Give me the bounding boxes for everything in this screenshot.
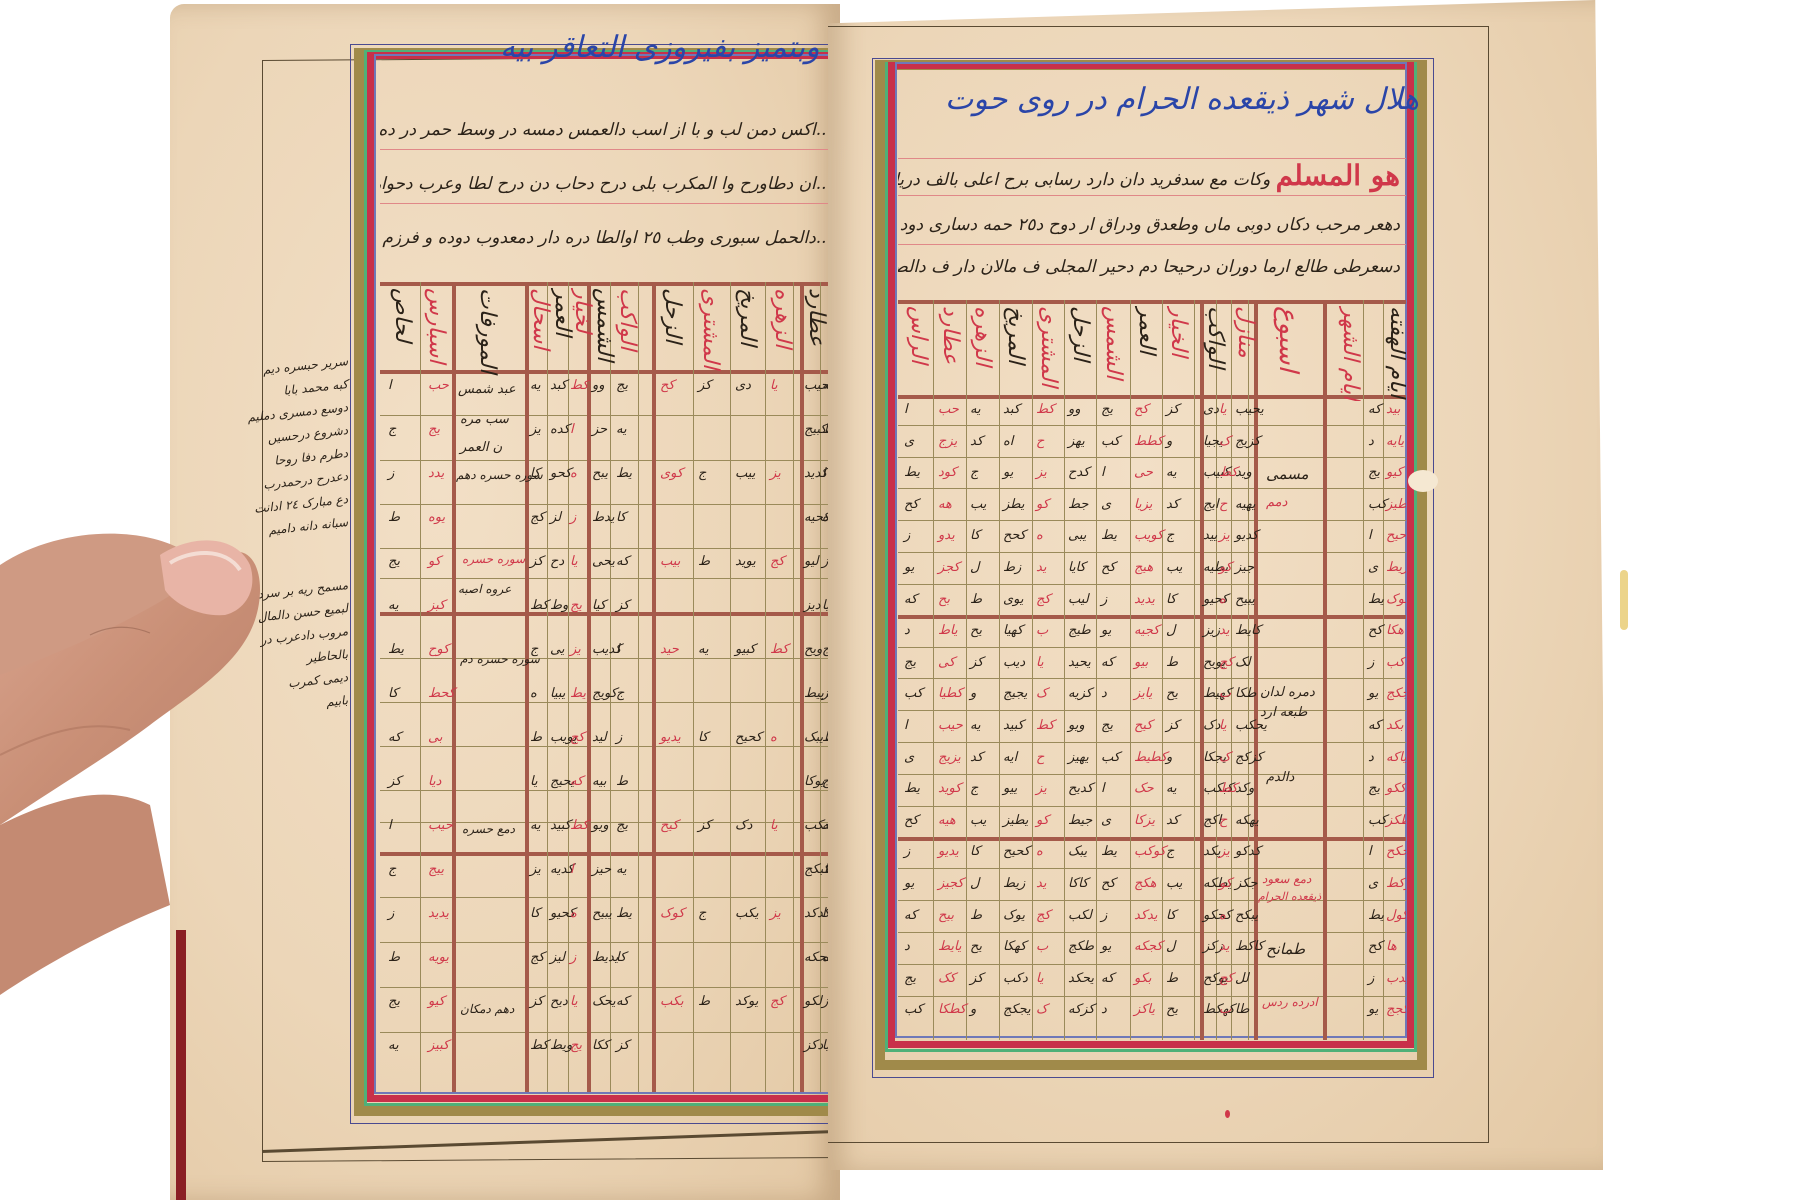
table-cell: یح xyxy=(970,939,982,954)
table-cell: یز xyxy=(1219,528,1230,543)
table-cell: که xyxy=(616,994,629,1009)
table-cell: یزکا xyxy=(1134,813,1155,828)
table-cell: زط xyxy=(1003,560,1021,575)
table-cell: یب xyxy=(970,497,986,512)
column-header: اسبوع xyxy=(1273,306,1303,401)
table-cell: یطیز xyxy=(1003,813,1028,828)
table-cell: دیب xyxy=(1003,655,1025,670)
table-cell: یج xyxy=(570,1038,582,1053)
table-cell: کزیج xyxy=(1235,434,1260,449)
table-cell: ط xyxy=(388,510,400,525)
table-cell: ب xyxy=(1219,1002,1231,1017)
table-cell: ط xyxy=(616,774,628,789)
table-cell: کح xyxy=(1101,560,1116,575)
table-cell: یبک xyxy=(804,730,823,745)
table-cell: هه xyxy=(938,497,952,512)
table-cell: ز xyxy=(904,528,910,543)
table-cell: کز xyxy=(530,994,543,1009)
table-cell: کجکج xyxy=(1386,686,1406,701)
table-cell: ید xyxy=(1219,939,1229,954)
table-cell: یجیج xyxy=(1003,686,1027,701)
table-cell: یزیج xyxy=(938,750,961,765)
table-cell: یج xyxy=(428,422,440,437)
table-cell: یو xyxy=(1101,623,1111,638)
table-cell: ج xyxy=(530,642,538,657)
table-cell: کج xyxy=(530,950,545,965)
table-cell: کح xyxy=(904,497,919,512)
table-cell: ایه xyxy=(1003,750,1017,765)
table-cell: کب xyxy=(1101,750,1120,765)
table-cell: کو xyxy=(1036,813,1049,828)
column-header: الواکب xyxy=(615,288,640,383)
table-cell: وکد xyxy=(1235,781,1254,796)
left-ephemeris-table: لحاص اسبارس المورفات اسحال العمر لخیار ا… xyxy=(380,282,838,1092)
intro-line-rubric: هو المسلم وکات مع سدفرید دان دارد رسابی … xyxy=(898,158,1406,196)
table-entry: مسمی xyxy=(1266,465,1309,483)
table-cell: کجج xyxy=(1386,1002,1406,1017)
table-cell: و xyxy=(1166,434,1172,449)
column-header: الشمس xyxy=(592,288,617,383)
table-cell: یحیب xyxy=(1235,402,1264,417)
table-cell: بکو xyxy=(1134,971,1152,986)
table-cell: ج xyxy=(698,906,706,921)
table-cell: یط xyxy=(1368,592,1384,607)
table-cell: ید xyxy=(1219,623,1229,638)
table-cell: یج xyxy=(1101,718,1113,733)
table-cell: دیح xyxy=(550,994,568,1009)
table-cell: بح xyxy=(938,592,950,607)
table-cell: یدط xyxy=(592,510,614,525)
table-cell: یوکد xyxy=(735,994,758,1009)
table-cell: کج xyxy=(770,554,785,569)
table-cell: کط xyxy=(570,818,589,833)
table-cell: هکا xyxy=(1386,623,1404,638)
table-cell: ا xyxy=(1101,465,1105,480)
intro-line: دهعر مرحب دکاں دوبی ماں وطعدق ودراق ار د… xyxy=(898,208,1406,245)
table-cell: لک xyxy=(1235,655,1251,670)
table-cell: کدیح xyxy=(1068,781,1093,796)
table-cell: یی xyxy=(550,642,564,657)
table-cell: کا xyxy=(530,466,540,481)
table-cell: ج xyxy=(1166,528,1174,543)
table-cell: یه xyxy=(970,718,981,733)
table-cell: ل xyxy=(1166,623,1175,638)
table-cell: دک xyxy=(735,818,752,833)
table-cell: کب xyxy=(1368,497,1387,512)
table-cell: ز xyxy=(1101,592,1107,607)
table-cell: یحکد xyxy=(1068,971,1094,986)
table-cell: یزیا xyxy=(1134,497,1152,512)
table-entry: دمع حسره xyxy=(462,822,515,836)
table-cell: کیح xyxy=(1134,718,1153,733)
table-cell: ه xyxy=(1219,908,1226,923)
table-cell: یز xyxy=(570,642,581,657)
table-cell: یوید xyxy=(735,554,756,569)
table-cell: ج xyxy=(698,466,706,481)
table-cell: ا xyxy=(616,642,620,657)
table-cell: ک xyxy=(1036,1002,1048,1017)
table-cell: یزیط xyxy=(1386,560,1406,575)
table-cell: کبد xyxy=(1003,402,1020,417)
table-cell: یهیه xyxy=(1235,497,1256,512)
column-header: عطارد xyxy=(938,306,963,401)
table-cell: کو xyxy=(1036,497,1049,512)
table-entry: سوره حسره دم xyxy=(460,652,540,666)
table-cell: کطیا xyxy=(938,686,963,701)
column-header: عطارد xyxy=(804,288,829,383)
table-cell: ط xyxy=(1166,971,1178,986)
table-cell: ط xyxy=(388,950,400,965)
table-cell: کط xyxy=(1036,402,1055,417)
table-cell: کز xyxy=(388,774,401,789)
table-cell: کی xyxy=(938,655,955,670)
table-cell: ج xyxy=(388,862,396,877)
table-cell: ک xyxy=(1219,750,1231,765)
table-cell: ط xyxy=(698,554,710,569)
table-cell: کحکو xyxy=(1203,908,1231,923)
table-cell: جیز xyxy=(1235,560,1254,575)
table-cell: کایط xyxy=(1235,623,1261,638)
table-cell: یحکب xyxy=(1235,718,1267,733)
table-cell: لکو xyxy=(804,994,822,1009)
table-cell: که xyxy=(388,730,401,745)
column-header: المشتری xyxy=(1036,306,1061,401)
table-cell: وو xyxy=(592,378,605,393)
table-cell: کح xyxy=(1101,876,1116,891)
table-cell: کاکط xyxy=(1235,939,1264,954)
table-cell: کدح xyxy=(1068,465,1089,480)
table-cell: کح xyxy=(1368,623,1383,638)
table-cell: یز xyxy=(1036,465,1047,480)
table-cell: بید xyxy=(1386,402,1400,417)
table-cell: کطکا xyxy=(938,1002,966,1017)
table-cell: د xyxy=(1101,686,1107,701)
table-cell: و xyxy=(970,1002,976,1017)
table-cell: کز xyxy=(970,971,983,986)
table-cell: که xyxy=(1101,655,1114,670)
table-cell: یط xyxy=(904,465,920,480)
table-cell: کد xyxy=(970,434,983,449)
table-cell: د xyxy=(1368,750,1374,765)
table-cell: کج xyxy=(570,730,585,745)
table-cell: یدب xyxy=(1386,971,1406,986)
table-cell: کد xyxy=(1166,813,1179,828)
table-cell: ککا xyxy=(592,1038,609,1053)
table-cell: کا xyxy=(698,730,708,745)
table-cell: ح xyxy=(1036,750,1044,765)
table-cell: یز xyxy=(530,862,541,877)
table-cell: یزکط xyxy=(1386,876,1406,891)
table-entry: دمره لدان xyxy=(1260,685,1315,700)
table-cell: کط xyxy=(530,598,549,613)
table-cell: کز xyxy=(970,655,983,670)
table-cell: کجکه xyxy=(1134,939,1163,954)
table-cell: ز xyxy=(570,510,576,525)
table-cell: یا xyxy=(1036,971,1044,986)
table-cell: حید xyxy=(660,642,679,657)
table-cell: ی xyxy=(1368,560,1378,575)
table-cell: کح xyxy=(1134,402,1149,417)
table-cell: بیه xyxy=(592,774,607,789)
table-cell: یج xyxy=(1368,781,1380,796)
table-cell: ح xyxy=(1219,813,1227,828)
column-header: اسبارس xyxy=(424,288,449,383)
intro-line: ...دالحمل سبوری وطب ٢٥ اوالطا دره دار دم… xyxy=(380,221,838,257)
table-entry: عبد شمس xyxy=(458,382,516,397)
intro-line: ...ان دطاورح وا المکرب بلی درح دحاب دن د… xyxy=(380,167,838,204)
table-cell: یا xyxy=(530,774,538,789)
table-entry: دهم دمکان xyxy=(460,1002,514,1016)
table-cell: حک xyxy=(1134,781,1154,796)
right-page-title: هلال شهر ذیقعده الحرام در روی حوت xyxy=(945,82,1419,117)
table-cell: یوه xyxy=(428,510,445,525)
table-cell: ه xyxy=(570,906,577,921)
table-cell: ج xyxy=(388,422,396,437)
table-cell: کز xyxy=(530,554,543,569)
table-cell: که xyxy=(616,554,629,569)
table-entry: ن العمر xyxy=(460,440,502,455)
table-cell: کهکا xyxy=(1003,939,1026,954)
table-cell: کبیو xyxy=(735,642,756,657)
table-cell: کز xyxy=(698,818,711,833)
table-cell: دح xyxy=(550,554,564,569)
table-cell: دیا xyxy=(428,774,441,789)
margin-notes: سریر حبسره دیم کبه محمد بابا دوسع دمسری … xyxy=(268,350,348,712)
table-cell: کج xyxy=(1219,971,1234,986)
table-cell: لز xyxy=(550,510,561,525)
table-cell: ا xyxy=(1368,528,1372,543)
table-cell: یا xyxy=(570,994,578,1009)
table-cell: وط xyxy=(550,598,568,613)
table-entry: دالدم xyxy=(1266,770,1294,785)
table-cell: یبح xyxy=(592,466,608,481)
table-cell: ید xyxy=(1036,560,1046,575)
table-entry: طبعه ارد xyxy=(1260,705,1307,720)
table-cell: کب xyxy=(1368,813,1387,828)
table-entry: دمع سعود xyxy=(1262,872,1311,886)
table-cell: یط xyxy=(616,466,632,481)
table-cell: یه xyxy=(530,378,541,393)
table-cell: بکد xyxy=(1386,718,1404,733)
column-header: منازل xyxy=(1233,306,1258,401)
table-cell: یج xyxy=(904,971,916,986)
table-cell: ب xyxy=(1036,939,1048,954)
table-cell: کوک xyxy=(1386,592,1406,607)
table-cell: کزکج xyxy=(1235,750,1263,765)
table-cell: کوید xyxy=(938,781,961,796)
table-cell: کحیح xyxy=(735,730,762,745)
table-cell: ک xyxy=(1219,434,1231,449)
table-cell: کا xyxy=(1166,592,1176,607)
table-cell: کط xyxy=(570,378,589,393)
table-cell: ل xyxy=(970,876,979,891)
table-cell: کج xyxy=(530,510,545,525)
table-cell: یز xyxy=(1036,781,1047,796)
table-cell: یح xyxy=(1166,686,1178,701)
table-cell: و xyxy=(1166,750,1172,765)
table-cell: کویج xyxy=(592,686,617,701)
table-cell: جیط xyxy=(1068,813,1092,828)
table-cell: ز xyxy=(904,844,910,859)
table-cell: ویط xyxy=(550,1038,572,1053)
table-cell: کج xyxy=(770,994,785,1009)
table-cell: یایه xyxy=(1386,434,1404,449)
table-cell: یو xyxy=(904,876,914,891)
table-cell: ی xyxy=(904,434,914,449)
table-cell: کد xyxy=(970,750,983,765)
table-cell: یجکج xyxy=(1003,1002,1031,1017)
table-cell: کب xyxy=(904,686,923,701)
table-cell: ط xyxy=(698,994,710,1009)
table-cell: ه xyxy=(1036,844,1043,859)
table-cell: ا xyxy=(1101,781,1105,796)
table-cell: یز xyxy=(1219,844,1230,859)
table-cell: طا xyxy=(1235,1002,1249,1017)
table-cell: که xyxy=(904,592,917,607)
right-ephemeris-table: الراس عطارد الزهره المریخ المشتری الزحل … xyxy=(898,300,1406,1040)
table-cell: کو xyxy=(428,554,441,569)
table-cell: حب xyxy=(428,378,449,393)
table-cell: ز xyxy=(1101,908,1107,923)
table-cell: کبید xyxy=(550,818,571,833)
table-cell: ا xyxy=(570,862,574,877)
intro-line: دسعرطی طالع ارما دوران درحیحا دم دحیر ال… xyxy=(898,250,1406,286)
table-cell: لکب xyxy=(1068,908,1092,923)
table-cell: دکز xyxy=(804,1038,823,1053)
table-cell: کط xyxy=(530,1038,549,1053)
table-cell: کح xyxy=(904,813,919,828)
table-cell: دکب xyxy=(1003,971,1028,986)
intro-line: ...اکس دمن لب و با از اسب دالعمس دمسه در… xyxy=(380,113,838,150)
table-cell: ز xyxy=(388,906,394,921)
table-cell: ایج xyxy=(1203,497,1219,512)
table-cell: یحی xyxy=(592,554,615,569)
table-cell: یهیز xyxy=(1068,750,1089,765)
table-cell: ه xyxy=(1219,592,1226,607)
table-cell: کطط xyxy=(1134,434,1163,449)
table-cell: یویه xyxy=(428,950,449,965)
table-cell: کک xyxy=(938,971,956,986)
table-cell: ه xyxy=(1036,528,1043,543)
table-cell: کح xyxy=(1368,939,1383,954)
table-cell: ج xyxy=(616,686,624,701)
table-cell: لیو xyxy=(804,554,819,569)
table-cell: ح xyxy=(1036,434,1044,449)
table-cell: دیز xyxy=(804,598,821,613)
table-cell: یوی xyxy=(1003,592,1024,607)
table-cell: یو xyxy=(1368,686,1378,701)
table-entry: عروه اصبه xyxy=(458,582,511,596)
table-cell: کویب xyxy=(1134,528,1163,543)
table-cell: ز xyxy=(1368,655,1374,670)
table-cell: کد xyxy=(1166,497,1179,512)
table-cell: یدو xyxy=(938,528,955,543)
table-cell: یدکد xyxy=(1134,908,1157,923)
table-cell: بیح xyxy=(938,908,954,923)
table-cell: یح xyxy=(1166,1002,1178,1017)
column-header: الزهره xyxy=(970,306,995,401)
table-cell: ج xyxy=(970,781,978,796)
table-cell: ج xyxy=(1166,844,1174,859)
table-cell: د xyxy=(1101,1002,1107,1017)
column-header: الخیار xyxy=(1166,306,1191,401)
table-cell: ییط xyxy=(804,686,824,701)
table-cell: یاکه xyxy=(1386,750,1406,765)
table-cell: یب xyxy=(1166,876,1182,891)
table-cell: یدد xyxy=(428,466,444,481)
table-cell: ا xyxy=(904,718,908,733)
table-cell: کز xyxy=(1166,402,1179,417)
table-cell: یهز xyxy=(1068,434,1085,449)
table-cell: ییج xyxy=(428,862,444,877)
table-entry: ذیقعده الحرام xyxy=(1258,890,1321,903)
table-cell: ویح xyxy=(804,642,822,657)
table-cell: ها xyxy=(1386,939,1397,954)
table-cell: کطیط xyxy=(1134,750,1167,765)
table-cell: یه xyxy=(388,1038,399,1053)
table-cell: یزج xyxy=(938,434,957,449)
table-cell: که xyxy=(904,908,917,923)
table-cell: یج xyxy=(904,655,916,670)
table-cell: کو xyxy=(1219,560,1232,575)
table-cell: بیب xyxy=(660,554,680,569)
table-cell: ا xyxy=(388,818,392,833)
table-cell: ز xyxy=(570,950,576,965)
table-cell: ی xyxy=(904,750,914,765)
column-header: ایام الهفته xyxy=(1385,306,1406,401)
table-cell: کز xyxy=(1166,718,1179,733)
table-cell: ط xyxy=(530,730,542,745)
table-cell: کا xyxy=(616,950,626,965)
table-cell: کده xyxy=(550,422,570,437)
table-cell: ییو xyxy=(1003,781,1017,796)
table-cell: یبیا xyxy=(550,686,565,701)
table-cell: یبیح xyxy=(1235,592,1255,607)
table-cell: ه xyxy=(530,686,537,701)
table-cell: یج xyxy=(616,378,628,393)
table-cell: یا xyxy=(770,378,778,393)
column-header: لحاص xyxy=(390,288,415,383)
table-entry: دمم xyxy=(1266,495,1287,510)
table-cell: ا xyxy=(904,402,908,417)
table-cell: ط xyxy=(1166,655,1178,670)
table-cell: یبیح xyxy=(592,906,612,921)
table-cell: ل xyxy=(1166,939,1175,954)
table-cell: یه xyxy=(616,422,627,437)
column-header: الواکب xyxy=(1203,306,1228,401)
table-cell: جکز xyxy=(1235,876,1257,891)
table-cell: یج xyxy=(616,818,628,833)
table-cell: یج xyxy=(570,598,582,613)
table-cell: یح xyxy=(970,623,982,638)
column-header: الزحل xyxy=(1068,306,1093,401)
table-cell: یه xyxy=(698,642,709,657)
table-cell: لل xyxy=(1235,971,1249,986)
table-cell: یج xyxy=(1101,402,1113,417)
table-cell: یز xyxy=(770,906,781,921)
table-cell: کب xyxy=(904,1002,923,1017)
table-cell: کجز xyxy=(938,560,960,575)
table-cell: یدیو xyxy=(938,844,959,859)
table-entry: سب مره xyxy=(460,412,509,427)
table-cell: حکح xyxy=(1386,844,1406,859)
table-cell: یدیو xyxy=(660,730,681,745)
table-cell: یا xyxy=(1036,655,1044,670)
paper-stain xyxy=(1620,570,1628,630)
table-entry: طمانح xyxy=(1266,940,1305,958)
table-cell: یه xyxy=(970,402,981,417)
table-cell: دک xyxy=(1203,718,1220,733)
